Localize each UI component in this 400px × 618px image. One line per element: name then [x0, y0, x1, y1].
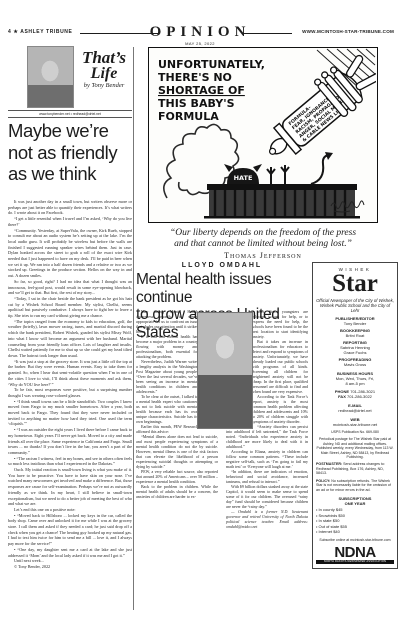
- cartoon-drawing: UNFORTUNATELY, THERE'S NO SHORTAGE OF TH…: [149, 48, 376, 221]
- omdahl-article-body: May being Mental Health Awareness month,…: [136, 309, 308, 609]
- article-paragraph: It was just another day in a small town,…: [8, 199, 132, 216]
- web-address: mcintosh-star-tribune.net: [316, 422, 394, 427]
- periodical-notice: Periodical postage for The Wishek Star p…: [316, 437, 394, 459]
- column-title-line1: That’s: [76, 49, 132, 66]
- newspaper-masthead-box: WISHEK Star Official Newspaper of the Ci…: [312, 262, 398, 569]
- svg-text:SHORTAGE OF: SHORTAGE OF: [158, 84, 245, 97]
- subscribe-note: Subscribe online at mcintosh-star-tribun…: [316, 538, 394, 542]
- postmaster-label: POSTMASTER:: [316, 462, 342, 466]
- svg-text:THIS BABY'S: THIS BABY'S: [158, 97, 235, 110]
- omdahl-headline-line1: Mental health issues continue: [136, 271, 271, 306]
- article-paragraph: “I get a little resentful when I travel …: [8, 216, 132, 227]
- fax-label: FAX: [338, 394, 346, 399]
- column-title: That’s Life by Tony Bender: [76, 49, 132, 90]
- masthead-name: Star: [316, 272, 394, 296]
- formula-bottle: FORMULA– FEAR, IGNORANCE, RACISM, PROPAG…: [252, 48, 376, 169]
- article-paragraph: “Mental illness alone does not lead to s…: [136, 434, 218, 469]
- article-paragraph: Back to the problem in children. While t…: [136, 484, 218, 499]
- jefferson-quote: “Our liberty depends on the freedom of t…: [140, 228, 386, 260]
- quote-line1: “Our liberty depends on the freedom of t…: [140, 228, 386, 239]
- ndna-logo-text: NDNA: [316, 546, 394, 560]
- cartoon-caption: UNFORTUNATELY, THERE'S NO SHORTAGE OF TH…: [158, 58, 265, 123]
- fax-number: 701-286-3022: [347, 394, 372, 399]
- article-paragraph: With $9 billion dollars stashed away at …: [226, 484, 308, 509]
- article-paragraph: • “One day, my daughter sent me a card a…: [8, 547, 132, 558]
- quote-line2: and that cannot be limited without being…: [140, 239, 386, 250]
- article-paragraph: • “Moved back to Hillsboro ... locked my…: [8, 513, 132, 547]
- left-article-body: It was just another day in a small town,…: [8, 199, 132, 570]
- article-paragraph: “In addition, there are indicators of em…: [226, 469, 308, 484]
- email-address: redhead@drtel.net: [316, 408, 394, 413]
- article-paragraph: “It was just a stop at the grocery store…: [8, 359, 132, 388]
- article-paragraph: “The topics ranged from the economy to k…: [8, 319, 132, 359]
- svg-text:FORMULA: FORMULA: [158, 110, 219, 123]
- article-paragraph: “Community. Yesterday, at SuperValu, the…: [8, 228, 132, 279]
- staff-name: Mavis Gross: [316, 362, 394, 367]
- left-article-headline: Maybe we’re not as friendly as we think: [8, 120, 134, 185]
- tony-bender-photo: [28, 47, 73, 107]
- quote-attribution: Thomas Jefferson: [140, 251, 386, 260]
- staff-name: Britni Roat: [316, 333, 394, 338]
- article-paragraph: So far, so good, right? I had no idea th…: [8, 279, 132, 296]
- omdahl-byline: LLOYD OMDAHL: [136, 262, 308, 269]
- svg-text:THERE'S NO: THERE'S NO: [158, 71, 232, 84]
- article-paragraph: © Tony Bender, 2022: [8, 564, 132, 570]
- ndna-logo-banner: NORTH DAKOTA NEWSPAPER ASSOCIATION: [316, 560, 394, 564]
- svg-text:HATE: HATE: [234, 174, 253, 182]
- editorial-cartoon: UNFORTUNATELY, THERE'S NO SHORTAGE OF TH…: [148, 47, 378, 223]
- newspaper-opinion-page: 4 ★ ASHLEY TRIBUNE OPINION MAY 25, 2022 …: [0, 0, 400, 618]
- thats-life-masthead: That’s Life by Tony Bender: [8, 47, 132, 109]
- author-bio: — Omdahl is a former N.D. lieutenant gov…: [226, 509, 308, 529]
- staff-name: Tony Bender: [316, 321, 394, 326]
- column-title-line2: Life: [76, 66, 132, 82]
- issue-date: MAY 25, 2022: [120, 41, 280, 46]
- postmaster-notice: POSTMASTER: Send address changes to: Red…: [316, 462, 394, 476]
- article-paragraph: Ouch. My initial reaction is small-town …: [8, 467, 132, 507]
- article-paragraph: • “I think small towns can be a little s…: [8, 399, 132, 428]
- page-number-label: 4 ★ ASHLEY TRIBUNE: [8, 29, 72, 35]
- crib: [204, 184, 360, 219]
- article-paragraph: • “The racism I witness, feel in my bone…: [8, 456, 132, 467]
- article-paragraph: To be fair, most responses were positive…: [8, 387, 132, 398]
- fax-row: FAX 701-286-3022: [316, 394, 394, 399]
- article-paragraph: PEW, a very reliable fact source, also r…: [136, 469, 218, 484]
- subscription-rates: • In county $45• Snowbirds $50• In state…: [316, 507, 394, 535]
- article-paragraph: “Today, I sat in the chair beside the ba…: [8, 296, 132, 319]
- ndna-logo: NDNA NORTH DAKOTA NEWSPAPER ASSOCIATION: [316, 546, 394, 564]
- column-byline: by Tony Bender: [76, 82, 132, 90]
- header-rule-right: [242, 33, 292, 34]
- subscription-rate: • Internet $40: [316, 529, 394, 535]
- staff-name: Grace Fuchs: [316, 350, 394, 355]
- svg-text:UNFORTUNATELY,: UNFORTUNATELY,: [158, 58, 265, 71]
- hate-baby: HATE: [224, 152, 333, 184]
- website-url: WWW.MCINTOSH-STAR-TRIBUNE.COM: [302, 29, 394, 34]
- policy-label: POLICY:: [316, 479, 330, 483]
- policy-notice: POLICY: No subscription refunds. The Wis…: [316, 479, 394, 493]
- lloyd-omdahl-photo: [198, 313, 252, 428]
- article-paragraph: According to Eliana, anxiety in children…: [226, 449, 308, 469]
- subscriptions-title-line2: ONE YEAR: [316, 501, 394, 506]
- article-paragraph: • “I was an outsider the eight years I l…: [8, 427, 132, 456]
- subscriptions-title: SUBSCRIPTIONS ONE YEAR: [316, 496, 394, 506]
- official-newspaper-note: Official Newspaper of the City of Wishek…: [316, 298, 394, 313]
- usps-number: USPS Publication No. 669-080: [316, 430, 394, 434]
- business-hours-time: 8 am-5 pm: [316, 381, 394, 386]
- columnist-contact-line: www.tonybender.net • redhead@drtel.net: [8, 110, 132, 118]
